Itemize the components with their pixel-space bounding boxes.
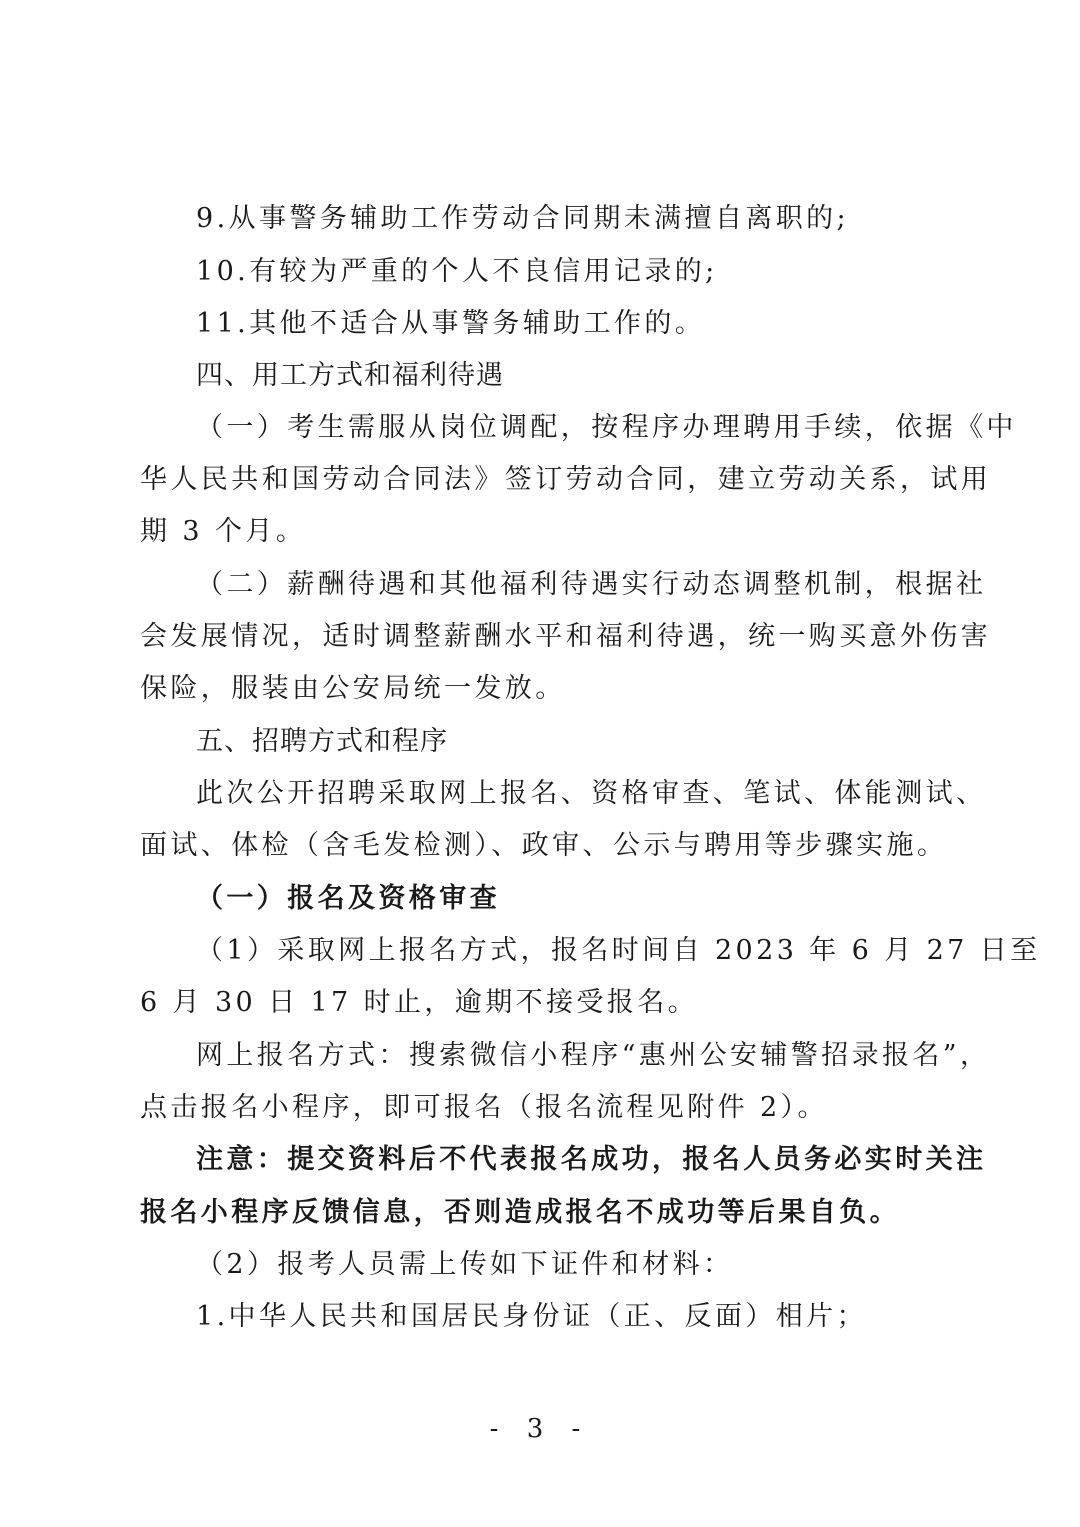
paragraph-line: 会发展情况，适时调整薪酬水平和福利待遇，统一购买意外伤害 [140,617,940,657]
paragraph-line: 面试、体检（含毛发检测）、政审、公示与聘用等步骤实施。 [140,826,940,866]
paragraph-line: （二）薪酬待遇和其他福利待遇实行动态调整机制，根据社 [196,565,940,605]
paragraph-line: （1）采取网上报名方式，报名时间自 2023 年 6 月 27 日至 [196,931,940,971]
list-item-11: 11.其他不适合从事警务辅助工作的。 [196,304,996,344]
list-item-9: 9.从事警务辅助工作劳动合同期未满擅自离职的; [196,199,996,239]
section-heading-4: 四、用工方式和福利待遇 [196,356,996,396]
paragraph-line: 期 3 个月。 [140,512,940,552]
list-item-10: 10.有较为严重的个人不良信用记录的; [196,252,996,292]
document-page: 9.从事警务辅助工作劳动合同期未满擅自离职的; 10.有较为严重的个人不良信用记… [0,0,1080,1527]
paragraph-line: 网上报名方式：搜索微信小程序“惠州公安辅警招录报名”， [196,1036,940,1076]
paragraph-line: （一）考生需服从岗位调配，按程序办理聘用手续，依据《中 [196,408,940,448]
paragraph-line: （2）报考人员需上传如下证件和材料： [196,1245,996,1285]
list-item-1: 1.中华人民共和国居民身份证（正、反面）相片； [196,1297,996,1337]
section-heading-5: 五、招聘方式和程序 [196,722,996,762]
page-number: - 3 - [0,1414,1080,1444]
paragraph-line: 华人民共和国劳动合同法》签订劳动合同，建立劳动关系，试用 [140,460,940,500]
subsection-heading: （一）报名及资格审查 [196,879,996,919]
paragraph-line: 6 月 30 日 17 时止，逾期不接受报名。 [140,983,940,1023]
paragraph-line: 保险，服装由公安局统一发放。 [140,669,940,709]
paragraph-line: 此次公开招聘采取网上报名、资格审查、笔试、体能测试、 [196,774,940,814]
paragraph-line: 点击报名小程序，即可报名（报名流程见附件 2）。 [140,1088,940,1128]
notice-line: 注意：提交资料后不代表报名成功，报名人员务必实时关注 [196,1140,940,1180]
notice-line: 报名小程序反馈信息，否则造成报名不成功等后果自负。 [140,1193,940,1233]
